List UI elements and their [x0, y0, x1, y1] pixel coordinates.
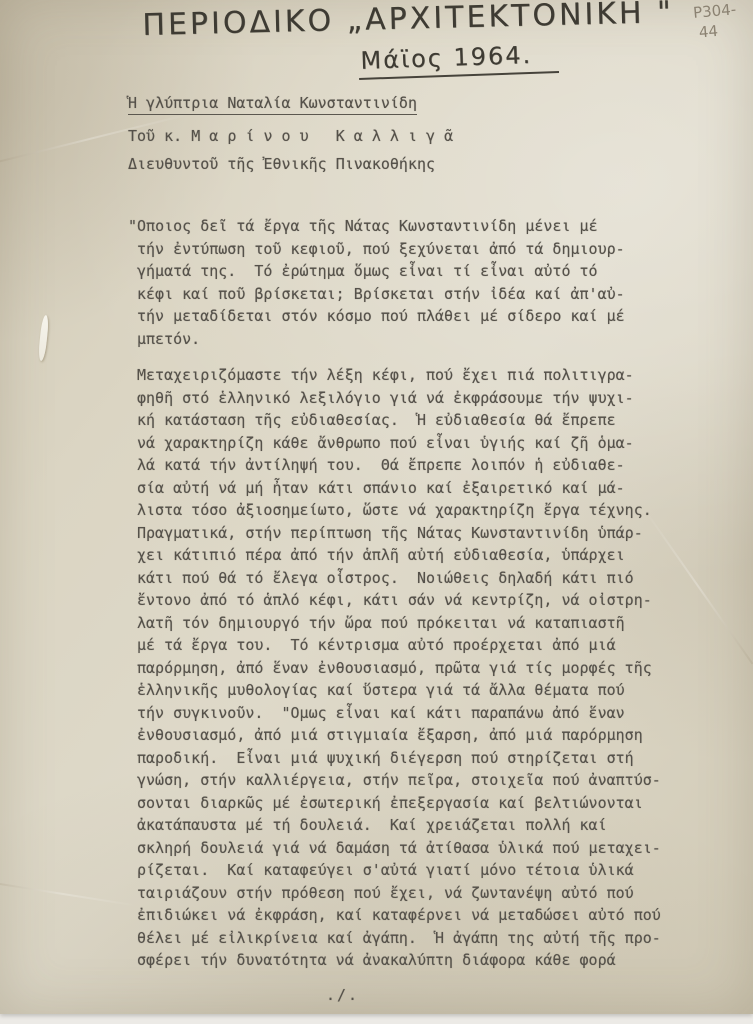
- handwritten-title: ΠΕΡΙΟΔΙΚΟ „ΑΡΧΙΤΕΚΤΟΝΙΚΗ ": [142, 0, 674, 43]
- scanned-page: ΠΕΡΙΟΔΙΚΟ „ΑΡΧΙΤΕΚΤΟΝΙΚΗ " Μάϊος 1964. Ρ…: [0, 0, 753, 1024]
- handwritten-date: Μάϊος 1964.: [358, 40, 559, 80]
- typed-title-text: Ἡ γλύπτρια Ναταλία Κωνσταντινίδη: [128, 94, 417, 115]
- typed-content: Ἡ γλύπτρια Ναταλία Κωνσταντινίδη Τοῦ κ. …: [128, 94, 673, 1004]
- archive-number: Ρ304- 44: [692, 0, 738, 43]
- typed-title: Ἡ γλύπτρια Ναταλία Κωνσταντινίδη: [128, 94, 673, 115]
- archive-number-line2: 44: [698, 19, 739, 42]
- continuation-mark: ./.: [128, 986, 673, 1004]
- typed-byline-role: Διευθυντοῦ τῆς Ἐθνικῆς Πινακοθήκης: [128, 153, 673, 175]
- paper-crease: [0, 881, 137, 906]
- archive-number-line1: Ρ304-: [692, 0, 736, 22]
- typed-paragraph: Μεταχειριζόμαστε τήν λέξη κέφι, πού ἔχει…: [137, 364, 673, 972]
- paper-sheet: ΠΕΡΙΟΔΙΚΟ „ΑΡΧΙΤΕΚΤΟΝΙΚΗ " Μάϊος 1964. Ρ…: [0, 0, 753, 1014]
- typed-byline: Τοῦ κ. Μ α ρ ί ν ο υ Κ α λ λ ι γ ᾶ: [128, 125, 673, 147]
- typed-paragraph: "Οποιος δεῖ τά ἔργα τῆς Νάτας Κωνσταντιν…: [137, 215, 673, 350]
- typed-body: "Οποιος δεῖ τά ἔργα τῆς Νάτας Κωνσταντιν…: [128, 215, 673, 972]
- paper-scuff: [38, 315, 50, 361]
